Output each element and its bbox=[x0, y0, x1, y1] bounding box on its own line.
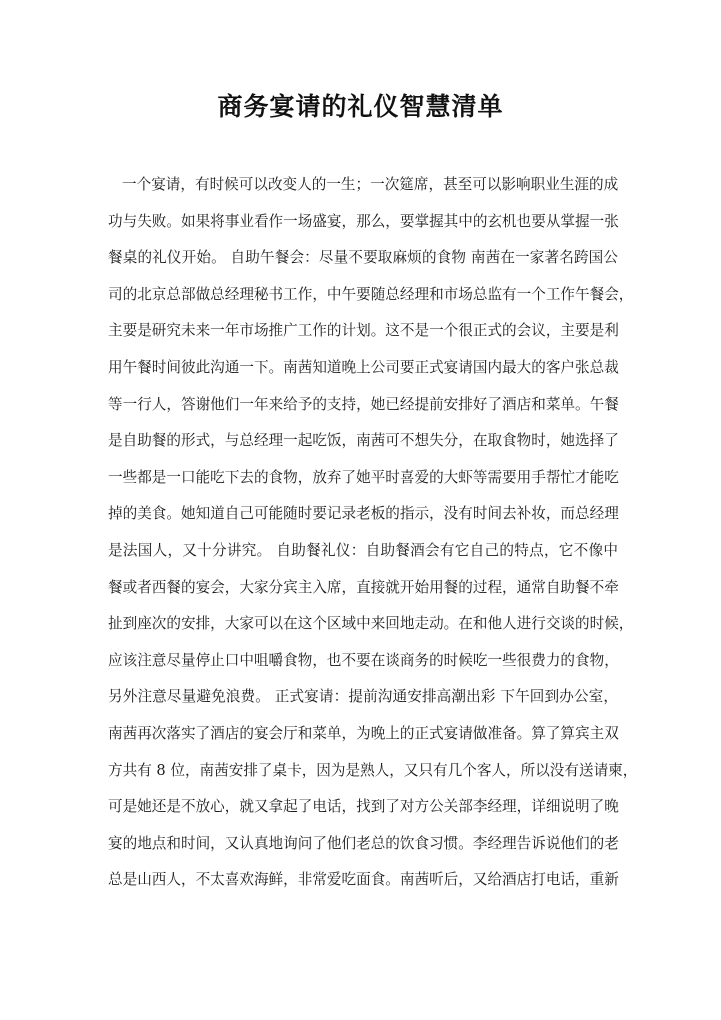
body-line: 南茜再次落实了酒店的宴会厅和菜单，为晚上的正式宴请做准备。算了算宾主双 bbox=[108, 719, 618, 756]
body-line: 主要是研究未来一年市场推广工作的计划。这不是一个很正式的会议，主要是利 bbox=[108, 316, 618, 353]
body-line: 总是山西人，不太喜欢海鲜，非常爱吃面食。南茜听后，又给酒店打电话，重新 bbox=[108, 865, 618, 902]
document-body: 一个宴请，有时候可以改变人的一生；一次筵席，甚至可以影响职业生涯的成 功与失败。… bbox=[108, 170, 618, 902]
body-line: 扯到座次的安排，大家可以在这个区域中来回地走动。在和他人进行交谈的时候， bbox=[108, 609, 618, 646]
body-line: 方共有 8 位，南茜安排了桌卡，因为是熟人，又只有几个客人，所以没有送请柬， bbox=[108, 756, 618, 793]
document-title: 商务宴请的礼仪智慧清单 bbox=[0, 90, 721, 124]
body-line: 另外注意尽量避免浪费。 正式宴请：提前沟通安排高潮出彩 下午回到办公室， bbox=[108, 682, 618, 719]
body-line: 宴的地点和时间，又认真地询问了他们老总的饮食习惯。李经理告诉说他们的老 bbox=[108, 829, 618, 866]
body-line: 餐或者西餐的宴会，大家分宾主入席，直接就开始用餐的过程，通常自助餐不牵 bbox=[108, 573, 618, 610]
body-line: 功与失败。如果将事业看作一场盛宴，那么，要掌握其中的玄机也要从掌握一张 bbox=[108, 207, 618, 244]
body-line: 餐桌的礼仪开始。 自助午餐会：尽量不要取麻烦的食物 南茜在一家著名跨国公 bbox=[108, 243, 618, 280]
document-page: 商务宴请的礼仪智慧清单 一个宴请，有时候可以改变人的一生；一次筵席，甚至可以影响… bbox=[0, 0, 721, 1020]
body-line: 用午餐时间彼此沟通一下。南茜知道晚上公司要正式宴请国内最大的客户张总裁 bbox=[108, 353, 618, 390]
body-line: 应该注意尽量停止口中咀嚼食物，也不要在谈商务的时候吃一些很费力的食物， bbox=[108, 646, 618, 683]
body-line: 掉的美食。她知道自己可能随时要记录老板的指示，没有时间去补妆，而总经理 bbox=[108, 499, 618, 536]
body-line: 可是她还是不放心，就又拿起了电话，找到了对方公关部李经理，详细说明了晚 bbox=[108, 792, 618, 829]
body-line: 一个宴请，有时候可以改变人的一生；一次筵席，甚至可以影响职业生涯的成 bbox=[108, 170, 618, 207]
body-line: 是法国人，又十分讲究。 自助餐礼仪：自助餐酒会有它自己的特点，它不像中 bbox=[108, 536, 618, 573]
body-line: 是自助餐的形式，与总经理一起吃饭，南茜可不想失分，在取食物时，她选择了 bbox=[108, 426, 618, 463]
body-line: 一些都是一口能吃下去的食物，放弃了她平时喜爱的大虾等需要用手帮忙才能吃 bbox=[108, 463, 618, 500]
body-line: 司的北京总部做总经理秘书工作，中午要随总经理和市场总监有一个工作午餐会， bbox=[108, 280, 618, 317]
body-line: 等一行人，答谢他们一年来给予的支持，她已经提前安排好了酒店和菜单。午餐 bbox=[108, 390, 618, 427]
